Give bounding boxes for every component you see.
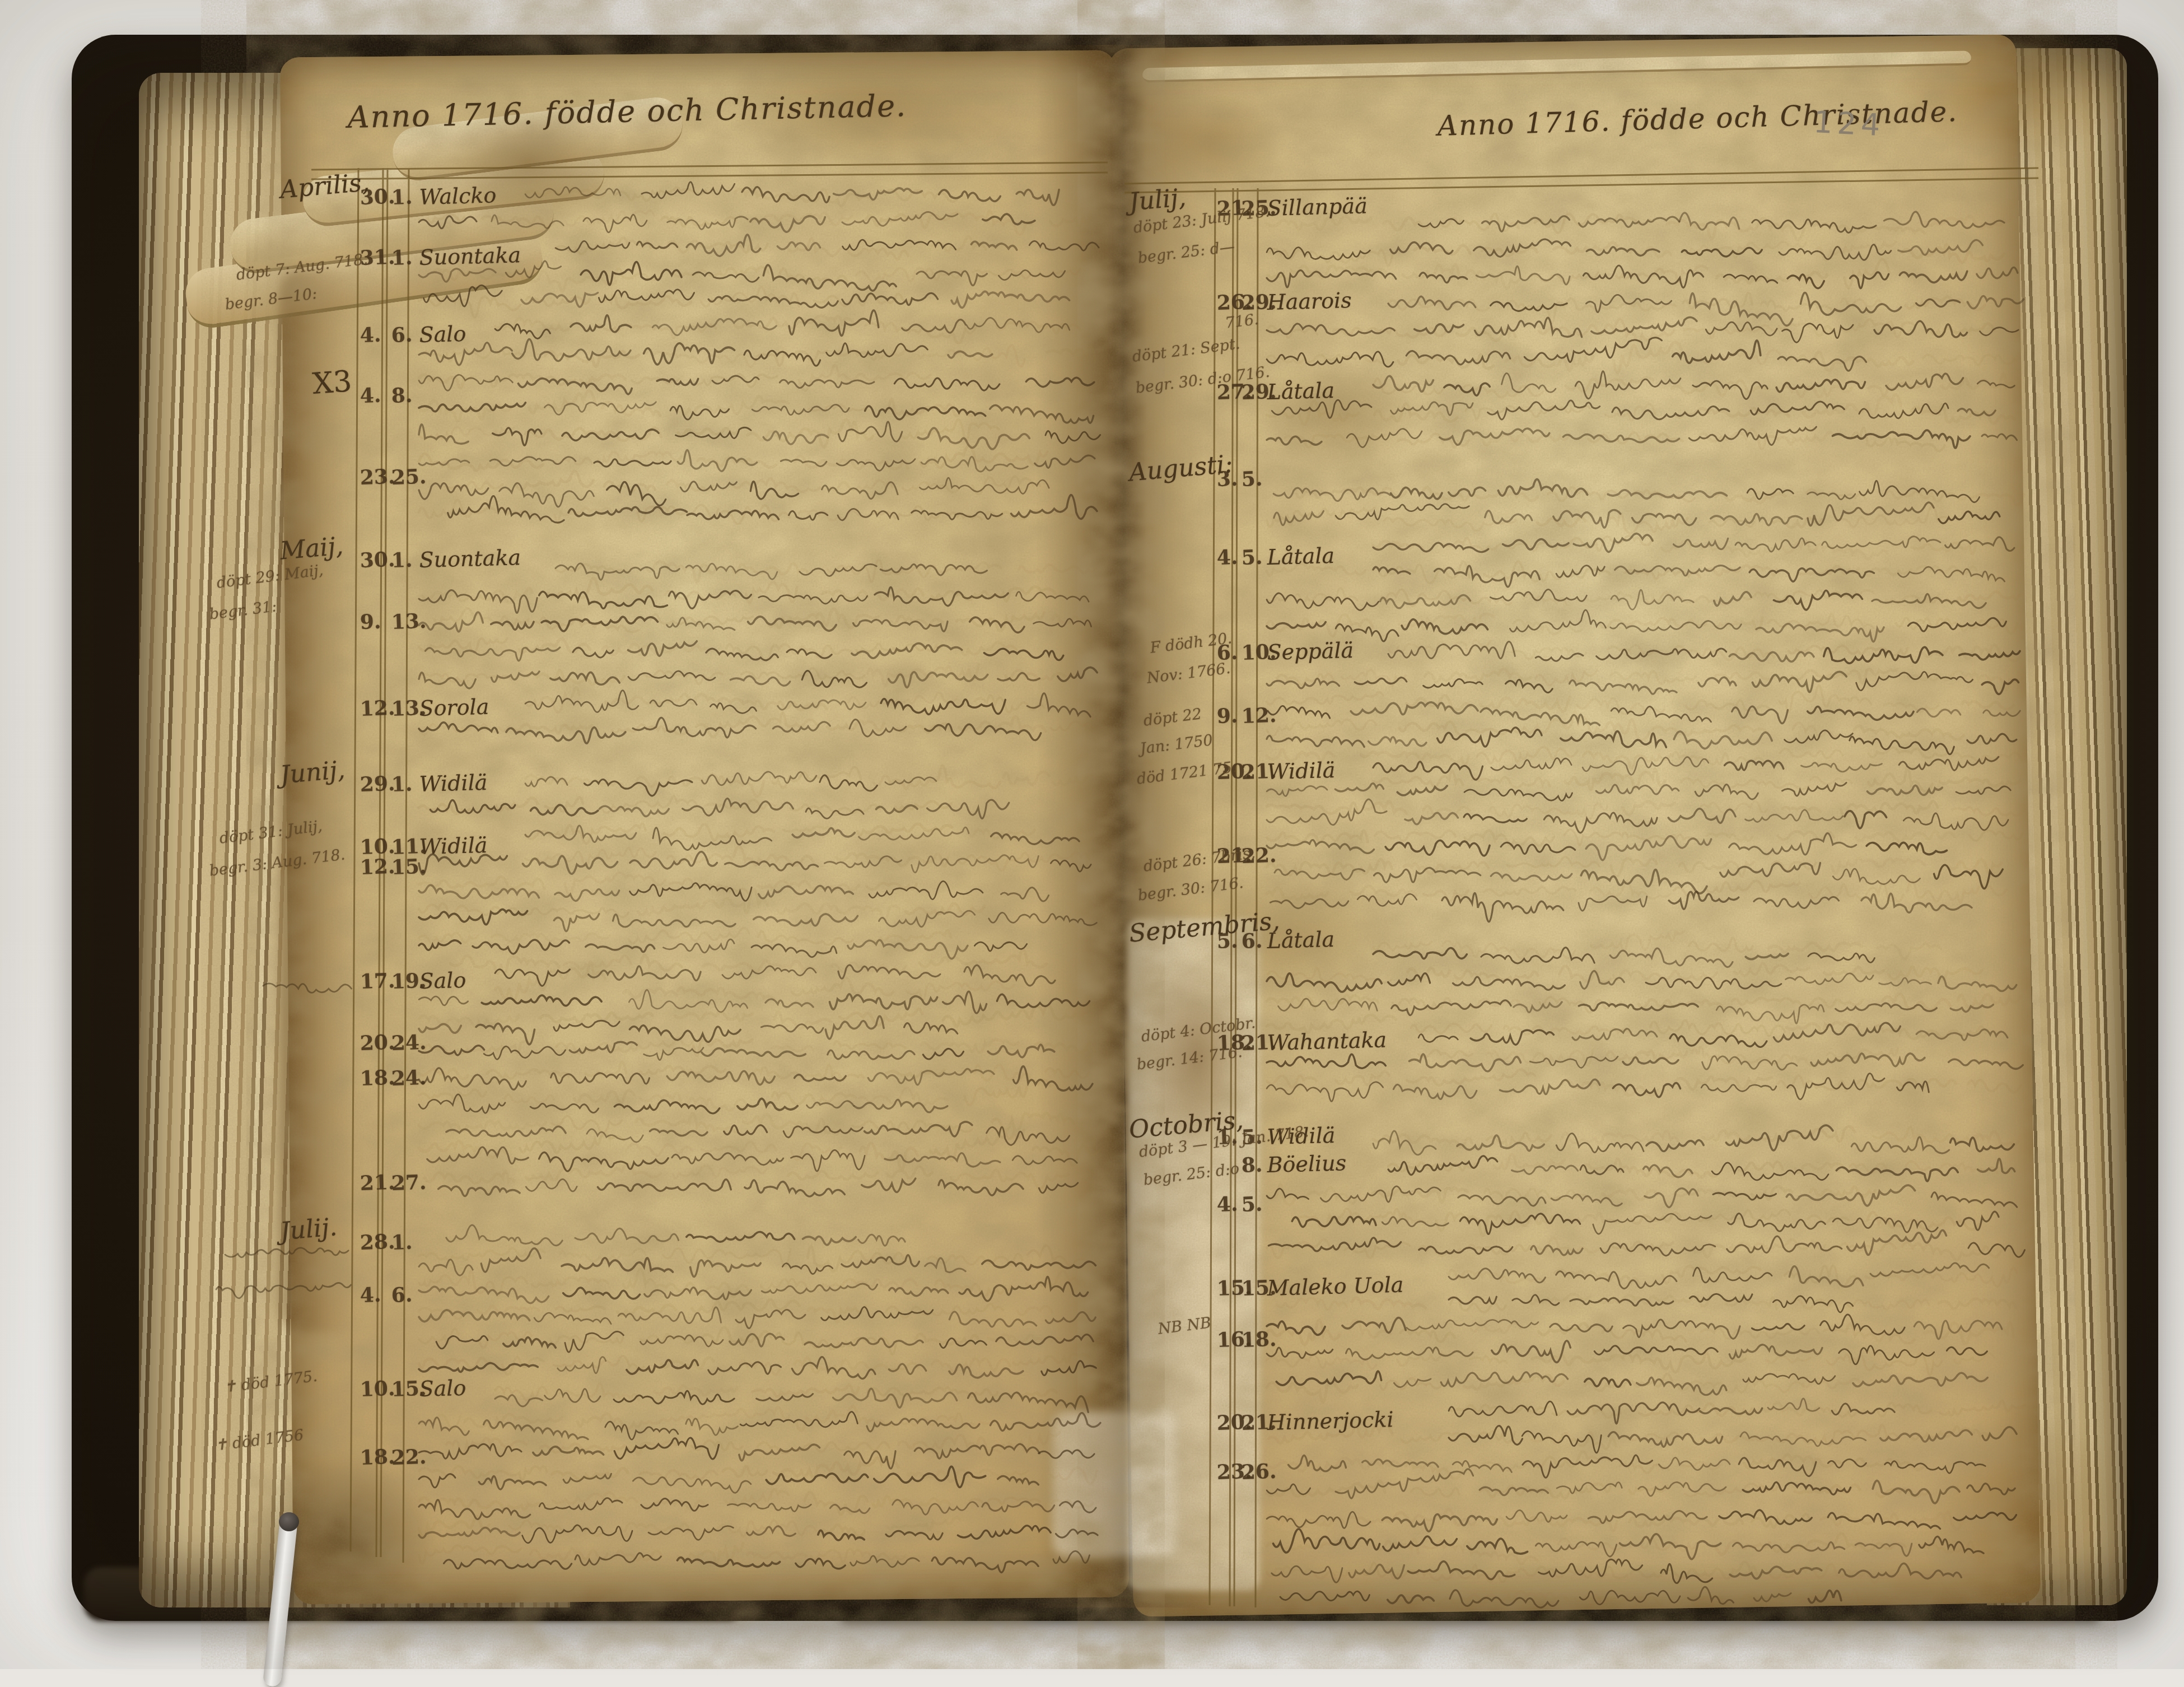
day-of-month: 4. — [1216, 1192, 1238, 1217]
entry-lead-word: Seppälä — [1267, 638, 1354, 665]
day-of-month: 18. — [360, 1445, 395, 1470]
day-of-month: 29. — [360, 772, 395, 796]
day-of-baptism: 25. — [391, 465, 427, 490]
entry-lead-word: Sillanpää — [1267, 193, 1368, 221]
month-label: Aprilis, — [279, 168, 371, 204]
legible-text-layer: Anno 1716. födde och Christnade. Anno 17… — [0, 0, 2184, 1669]
day-of-month: 10. — [360, 1377, 395, 1401]
day-of-month: 18. — [360, 1066, 395, 1091]
day-of-baptism: 22. — [391, 1445, 427, 1470]
day-of-baptism: 1. — [391, 772, 413, 796]
day-of-baptism: 12. — [1241, 703, 1277, 728]
day-of-month: 21. — [360, 1171, 395, 1195]
entry-lead-word: Suontaka — [419, 243, 521, 270]
entry-lead-word: Låtala — [1267, 543, 1335, 570]
entry-lead-word: Widilä — [419, 833, 488, 859]
entry-lead-word: Låtala — [1267, 927, 1335, 953]
entry-lead-word: Maleko Uola — [1267, 1273, 1404, 1301]
margin-note: döpt 31: Julij, — [218, 817, 323, 847]
entry-lead-word: Widilä — [1267, 758, 1336, 784]
day-of-baptism: 26. — [1241, 1460, 1277, 1484]
margin-note: ✝ död 1756 — [214, 1427, 305, 1455]
day-of-baptism: 5. — [1241, 546, 1263, 570]
entry-lead-word: Salo — [419, 968, 466, 994]
margin-note: döpt 21: Sept. — [1131, 335, 1241, 365]
day-of-baptism: 6. — [391, 1283, 413, 1307]
day-of-month: 30. — [360, 185, 395, 209]
entry-lead-word: Walcko — [419, 183, 497, 209]
margin-note: begr. 25: d:o — [1142, 1160, 1240, 1189]
month-label: Julij. — [279, 1213, 338, 1246]
margin-note: döpt 29: Maij, — [216, 562, 324, 592]
entry-lead-word: Hinnerjocki — [1267, 1407, 1394, 1435]
left-page-header: Anno 1716. födde och Christnade. — [347, 88, 907, 135]
day-of-month: 30. — [360, 548, 395, 572]
day-of-baptism: 8. — [391, 384, 413, 408]
day-of-month: 4. — [360, 1283, 381, 1307]
day-of-baptism: 1. — [391, 1231, 413, 1255]
margin-note: begr. 31: — [208, 598, 278, 623]
entry-lead-word: Wahantaka — [1267, 1027, 1387, 1055]
month-label: Junij, — [279, 756, 346, 790]
day-of-baptism: 6. — [1241, 929, 1263, 953]
margin-note: döpt 22 — [1142, 705, 1203, 730]
day-of-month: 20. — [360, 1031, 395, 1055]
day-of-baptism: 1. — [391, 246, 413, 270]
margin-note: begr. 30: 716. — [1137, 874, 1244, 905]
margin-note: Jan: 1750 — [1139, 731, 1214, 758]
margin-note: döpt 7: Aug. 718. — [235, 250, 369, 284]
day-of-month: 9. — [1216, 704, 1238, 728]
entry-lead-word: Sorola — [419, 695, 489, 721]
day-of-baptism: 15. — [391, 855, 427, 879]
entry-lead-word: Låtala — [1267, 378, 1335, 404]
entry-lead-word: Salo — [419, 1376, 466, 1401]
entry-lead-word: Suontaka — [419, 545, 521, 572]
day-of-baptism: 5. — [1241, 467, 1263, 491]
day-of-month: 4. — [1216, 546, 1238, 570]
day-of-month: 5. — [1216, 929, 1238, 953]
entry-lead-word: Böelius — [1267, 1150, 1347, 1177]
month-label: Julij, — [1128, 183, 1187, 217]
day-of-baptism: 6. — [391, 323, 413, 347]
day-of-baptism: 24. — [391, 1031, 427, 1055]
day-of-month: 23. — [360, 465, 395, 490]
day-of-month: 12. — [360, 855, 395, 879]
margin-note: döpt 26: 7bris, — [1142, 845, 1256, 875]
day-of-month: 28. — [360, 1230, 395, 1255]
day-of-month: 17. — [360, 969, 395, 994]
margin-note: begr. 8—10: — [224, 285, 318, 314]
page-number: 124 — [1813, 104, 1886, 143]
day-of-month: 3. — [1216, 467, 1238, 491]
entry-lead-word: Widilä — [419, 770, 488, 796]
entry-lead-word: Salo — [419, 321, 466, 347]
day-of-month: 4. — [360, 384, 381, 408]
month-label: Maij, — [279, 532, 344, 566]
day-of-baptism: 1. — [391, 185, 413, 209]
margin-note: begr. 3: Aug. 718. — [208, 846, 346, 880]
margin-note: NB NB — [1157, 1314, 1212, 1338]
photo-of-open-register-book: Anno 1716. födde och Christnade. Anno 17… — [0, 0, 2184, 1669]
day-of-month: 9. — [360, 610, 381, 634]
margin-note: ✝ död 1775. — [223, 1368, 318, 1396]
pointer-stick-tip[interactable] — [279, 1512, 299, 1531]
day-of-baptism: 13. — [391, 609, 427, 634]
margin-note: begr. 14: 716. — [1136, 1043, 1243, 1074]
margin-note: 716. — [1224, 311, 1259, 332]
day-of-baptism: 27. — [391, 1171, 427, 1195]
day-of-baptism: 1. — [391, 548, 413, 572]
entry-lead-word: Haarois — [1267, 288, 1352, 315]
margin-mark: X3 — [311, 365, 353, 401]
day-of-month: 4. — [360, 323, 381, 347]
day-of-baptism: 18. — [1241, 1327, 1277, 1352]
day-of-baptism: 8. — [1241, 1153, 1263, 1177]
margin-note: Nov: 1766. — [1146, 660, 1231, 687]
day-of-baptism: 5. — [1241, 1192, 1263, 1217]
day-of-baptism: 24. — [391, 1066, 427, 1091]
day-of-month: 12. — [360, 696, 395, 721]
margin-note: begr. 25: d— — [1137, 238, 1235, 267]
